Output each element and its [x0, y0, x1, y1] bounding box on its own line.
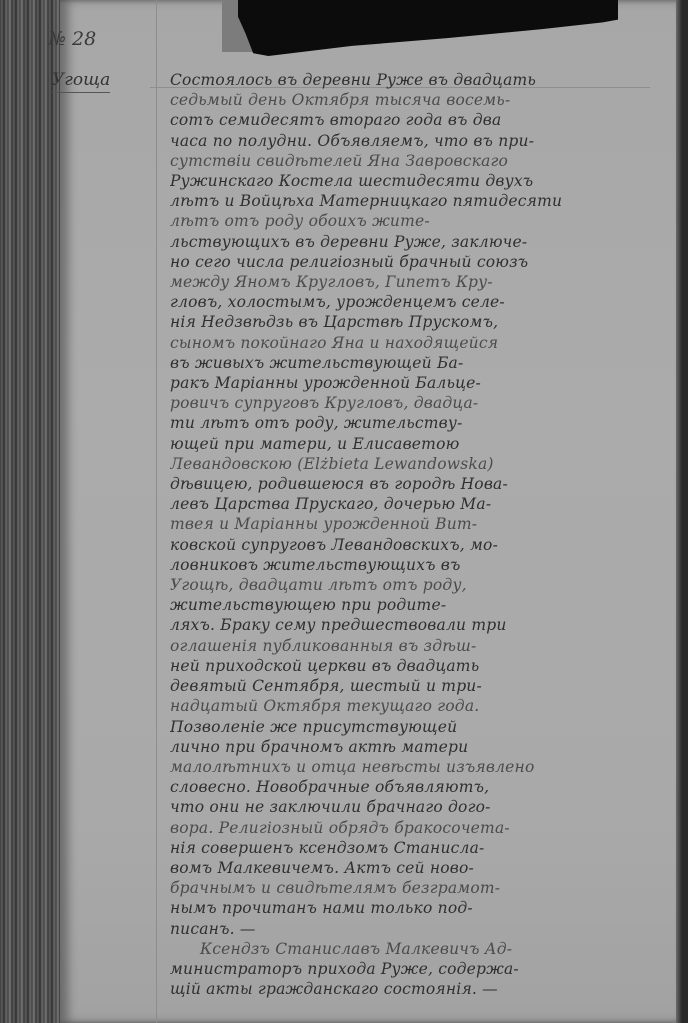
- page-right-edge: [676, 0, 682, 1023]
- text-line: гловъ, холостымъ, урожденцемъ селе-: [170, 292, 670, 312]
- text-line: Ружинскаго Костела шестидесяти двухъ: [170, 171, 670, 191]
- text-line: нымъ прочитанъ нами только под-: [170, 898, 670, 918]
- text-line: сотъ семидесятъ втораго года въ два: [170, 110, 670, 130]
- text-line: брачнымъ и свидѣтелямъ безграмот-: [170, 878, 670, 898]
- text-line: въ живыхъ жительствующей Ба-: [170, 353, 670, 373]
- text-line: седьмый день Октября тысяча восемь-: [170, 90, 670, 110]
- text-line: оглашенія публикованныя въ здѣш-: [170, 636, 670, 656]
- text-line: щій акты гражданскаго состоянія. —: [170, 979, 670, 999]
- text-line: ляхъ. Браку сему предшествовали три: [170, 615, 670, 635]
- margin-rule: [156, 0, 157, 1023]
- text-line: надцатый Октября текущаго года.: [170, 696, 670, 716]
- text-line: дѣвицею, родившеюся въ городѣ Нова-: [170, 474, 670, 494]
- text-line: министраторъ прихода Руже, содержа-: [170, 959, 670, 979]
- text-line: сыномъ покойнаго Яна и находящейся: [170, 333, 670, 353]
- text-line: твея и Маріанны урожденной Вит-: [170, 514, 670, 534]
- text-line: льствующихъ въ деревни Руже, заключе-: [170, 232, 670, 252]
- text-line: ющей при матери, и Елисаветою: [170, 434, 670, 454]
- entry-text: Состоялось въ деревни Руже въ двадцатьсе…: [170, 70, 670, 999]
- text-line: между Яномъ Кругловъ, Гипетъ Кру-: [170, 272, 670, 292]
- text-line: Угощѣ, двадцати лѣтъ отъ роду,: [170, 575, 670, 595]
- text-line: вора. Религіозный обрядъ бракосочета-: [170, 818, 670, 838]
- text-line: но сего числа религіозный брачный союзъ: [170, 252, 670, 272]
- text-line: ровичъ супруговъ Кругловъ, двадца-: [170, 393, 670, 413]
- text-line: ти лѣтъ отъ роду, жительству-: [170, 413, 670, 433]
- text-line: ловниковъ жительствующихъ въ: [170, 555, 670, 575]
- text-line: словесно. Новобрачные объявляютъ,: [170, 777, 670, 797]
- book-edge: [0, 0, 62, 1023]
- text-line: сутствіи свидѣтелей Яна Завровскаго: [170, 151, 670, 171]
- text-line: Ксендзъ Станиславъ Малкевичъ Ад-: [170, 939, 670, 959]
- text-line: малолѣтнихъ и отца невѣсты изъявлено: [170, 757, 670, 777]
- text-line: что они не заключили брачнаго дого-: [170, 797, 670, 817]
- place-name-margin: Угоща: [52, 70, 110, 93]
- text-line: Левандовскою (Elżbieta Lewandowska): [170, 454, 670, 474]
- text-line: вомъ Малкевичемъ. Актъ сей ново-: [170, 858, 670, 878]
- text-line: левъ Царства Прускаго, дочерью Ма-: [170, 494, 670, 514]
- text-line: лѣтъ и Войцѣха Матерницкаго пятидесяти: [170, 191, 670, 211]
- text-line: ней приходской церкви въ двадцать: [170, 656, 670, 676]
- text-line: ковской супруговъ Левандовскихъ, мо-: [170, 535, 670, 555]
- entry-number: № 28: [48, 28, 96, 50]
- text-line: жительствующею при родите-: [170, 595, 670, 615]
- text-line: лѣтъ отъ роду обоихъ жите-: [170, 211, 670, 231]
- text-line: часа по полудни. Объявляемъ, что въ при-: [170, 131, 670, 151]
- text-line: ракъ Маріанны урожденной Бальце-: [170, 373, 670, 393]
- text-line: Состоялось въ деревни Руже въ двадцать: [170, 70, 670, 90]
- text-line: Позволеніе же присутствующей: [170, 717, 670, 737]
- text-line: нія совершенъ ксендзомъ Станисла-: [170, 838, 670, 858]
- text-line: нія Недзвѣдзь въ Царствѣ Прускомъ,: [170, 312, 670, 332]
- text-line: писанъ. —: [170, 919, 670, 939]
- text-line: девятый Сентября, шестый и три-: [170, 676, 670, 696]
- text-line: лично при брачномъ актѣ матери: [170, 737, 670, 757]
